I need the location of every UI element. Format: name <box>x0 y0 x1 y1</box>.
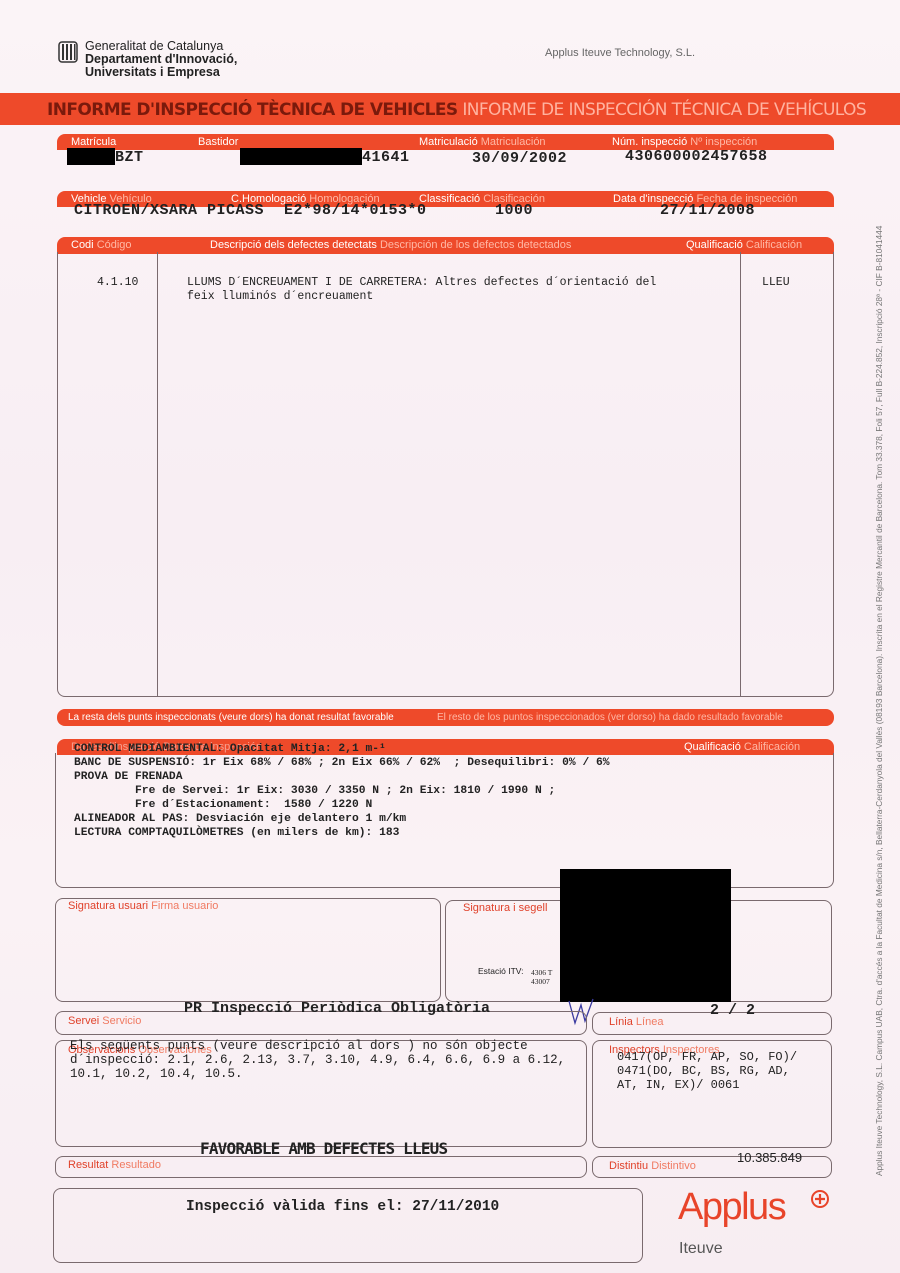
coat-of-arms-icon <box>58 41 78 63</box>
label-bastidor: Bastidor <box>198 134 238 150</box>
side-legal-text: Applus Iteuve Technology, S.L. Campus UA… <box>874 226 884 1176</box>
badge-value: 10.385.849 <box>737 1150 802 1165</box>
service-label: Servei Servicio <box>68 1015 141 1027</box>
title-ca: INFORME D'INSPECCIÓ TÈCNICA DE VEHICLES <box>47 100 458 120</box>
defect-description: LLUMS D´ENCREUAMENT I DE CARRETERA: Altr… <box>187 276 656 304</box>
stamp-signature-label: Signatura i segell <box>463 902 547 914</box>
inspection-data-text: CONTROL MEDIAMBIENTAL: Opacitat Mitja: 2… <box>74 742 610 840</box>
company-name: Applus Iteuve Technology, S.L. <box>545 47 695 59</box>
remainder-note-ca: La resta dels punts inspeccionats (veure… <box>68 709 394 726</box>
service-value: PR Inspecció Periòdica Obligatòria <box>184 1000 490 1017</box>
observations-text: Els següents punts (veure descripció al … <box>70 1039 565 1081</box>
redacted-stamp <box>560 869 731 1002</box>
vehicle-model: CITROEN/XSARA PICASS <box>74 202 264 219</box>
gov-line3: Universitats i Empresa <box>85 66 237 79</box>
plate-value: BZT <box>115 149 144 166</box>
brand-sub: Iteuve <box>679 1240 723 1258</box>
col-codi: Codi Código <box>71 237 132 253</box>
redacted-plate <box>67 148 115 165</box>
result-value: FAVORABLE AMB DEFECTES LLEUS <box>200 1139 447 1158</box>
line-value: 2 / 2 <box>710 1002 755 1019</box>
title-bar: INFORME D'INSPECCIÓ TÈCNICA DE VEHICLES … <box>0 93 900 125</box>
defect-code: 4.1.10 <box>97 276 138 290</box>
station-label: Estació ITV: <box>478 966 524 976</box>
badge-label: Distintiu Distintivo <box>609 1160 696 1172</box>
inspectors-text: 0417(OP, FR, AP, SO, FO)/ 0471(DO, BC, B… <box>617 1050 797 1092</box>
station-address: 4306 T 43007 <box>531 968 552 986</box>
inspection-number: 430600002457658 <box>625 148 768 165</box>
brand-name: Applus <box>678 1186 785 1228</box>
redacted-vin <box>240 148 362 165</box>
line-label: Línia Línea <box>609 1016 663 1028</box>
title-es: INFORME DE INSPECCIÓN TÉCNICA DE VEHÍCUL… <box>462 100 866 120</box>
user-signature-label: Signatura usuari Firma usuario <box>68 900 218 912</box>
defect-rating: LLEU <box>762 276 790 290</box>
label-matriculacio: Matriculació Matriculación <box>419 134 546 150</box>
inspection-date: 27/11/2008 <box>660 202 755 219</box>
col-qualificacio: Qualificació Calificación <box>686 237 802 253</box>
generalitat-logo <box>58 41 78 63</box>
col-descripcio: Descripció dels defectes detectats Descr… <box>210 237 571 253</box>
applus-logo: Applus <box>678 1186 785 1229</box>
plus-circle-icon <box>810 1189 830 1209</box>
remainder-note-es: El resto de los puntos inspeccionados (v… <box>437 709 783 726</box>
homologation-code: E2*98/14*0153*0 <box>284 202 427 219</box>
classification: 1000 <box>495 202 533 219</box>
result-label: Resultat Resultado <box>68 1159 161 1171</box>
defects-table <box>57 252 834 697</box>
vin-value: 41641 <box>362 149 410 166</box>
department-name: Generalitat de Catalunya Departament d'I… <box>85 40 237 79</box>
validity-text: Inspecció vàlida fins el: 27/11/2010 <box>186 1199 499 1215</box>
remainder-note-bar: La resta dels punts inspeccionats (veure… <box>57 709 834 726</box>
user-signature-box[interactable] <box>55 898 441 1002</box>
registration-date: 30/09/2002 <box>472 150 567 167</box>
